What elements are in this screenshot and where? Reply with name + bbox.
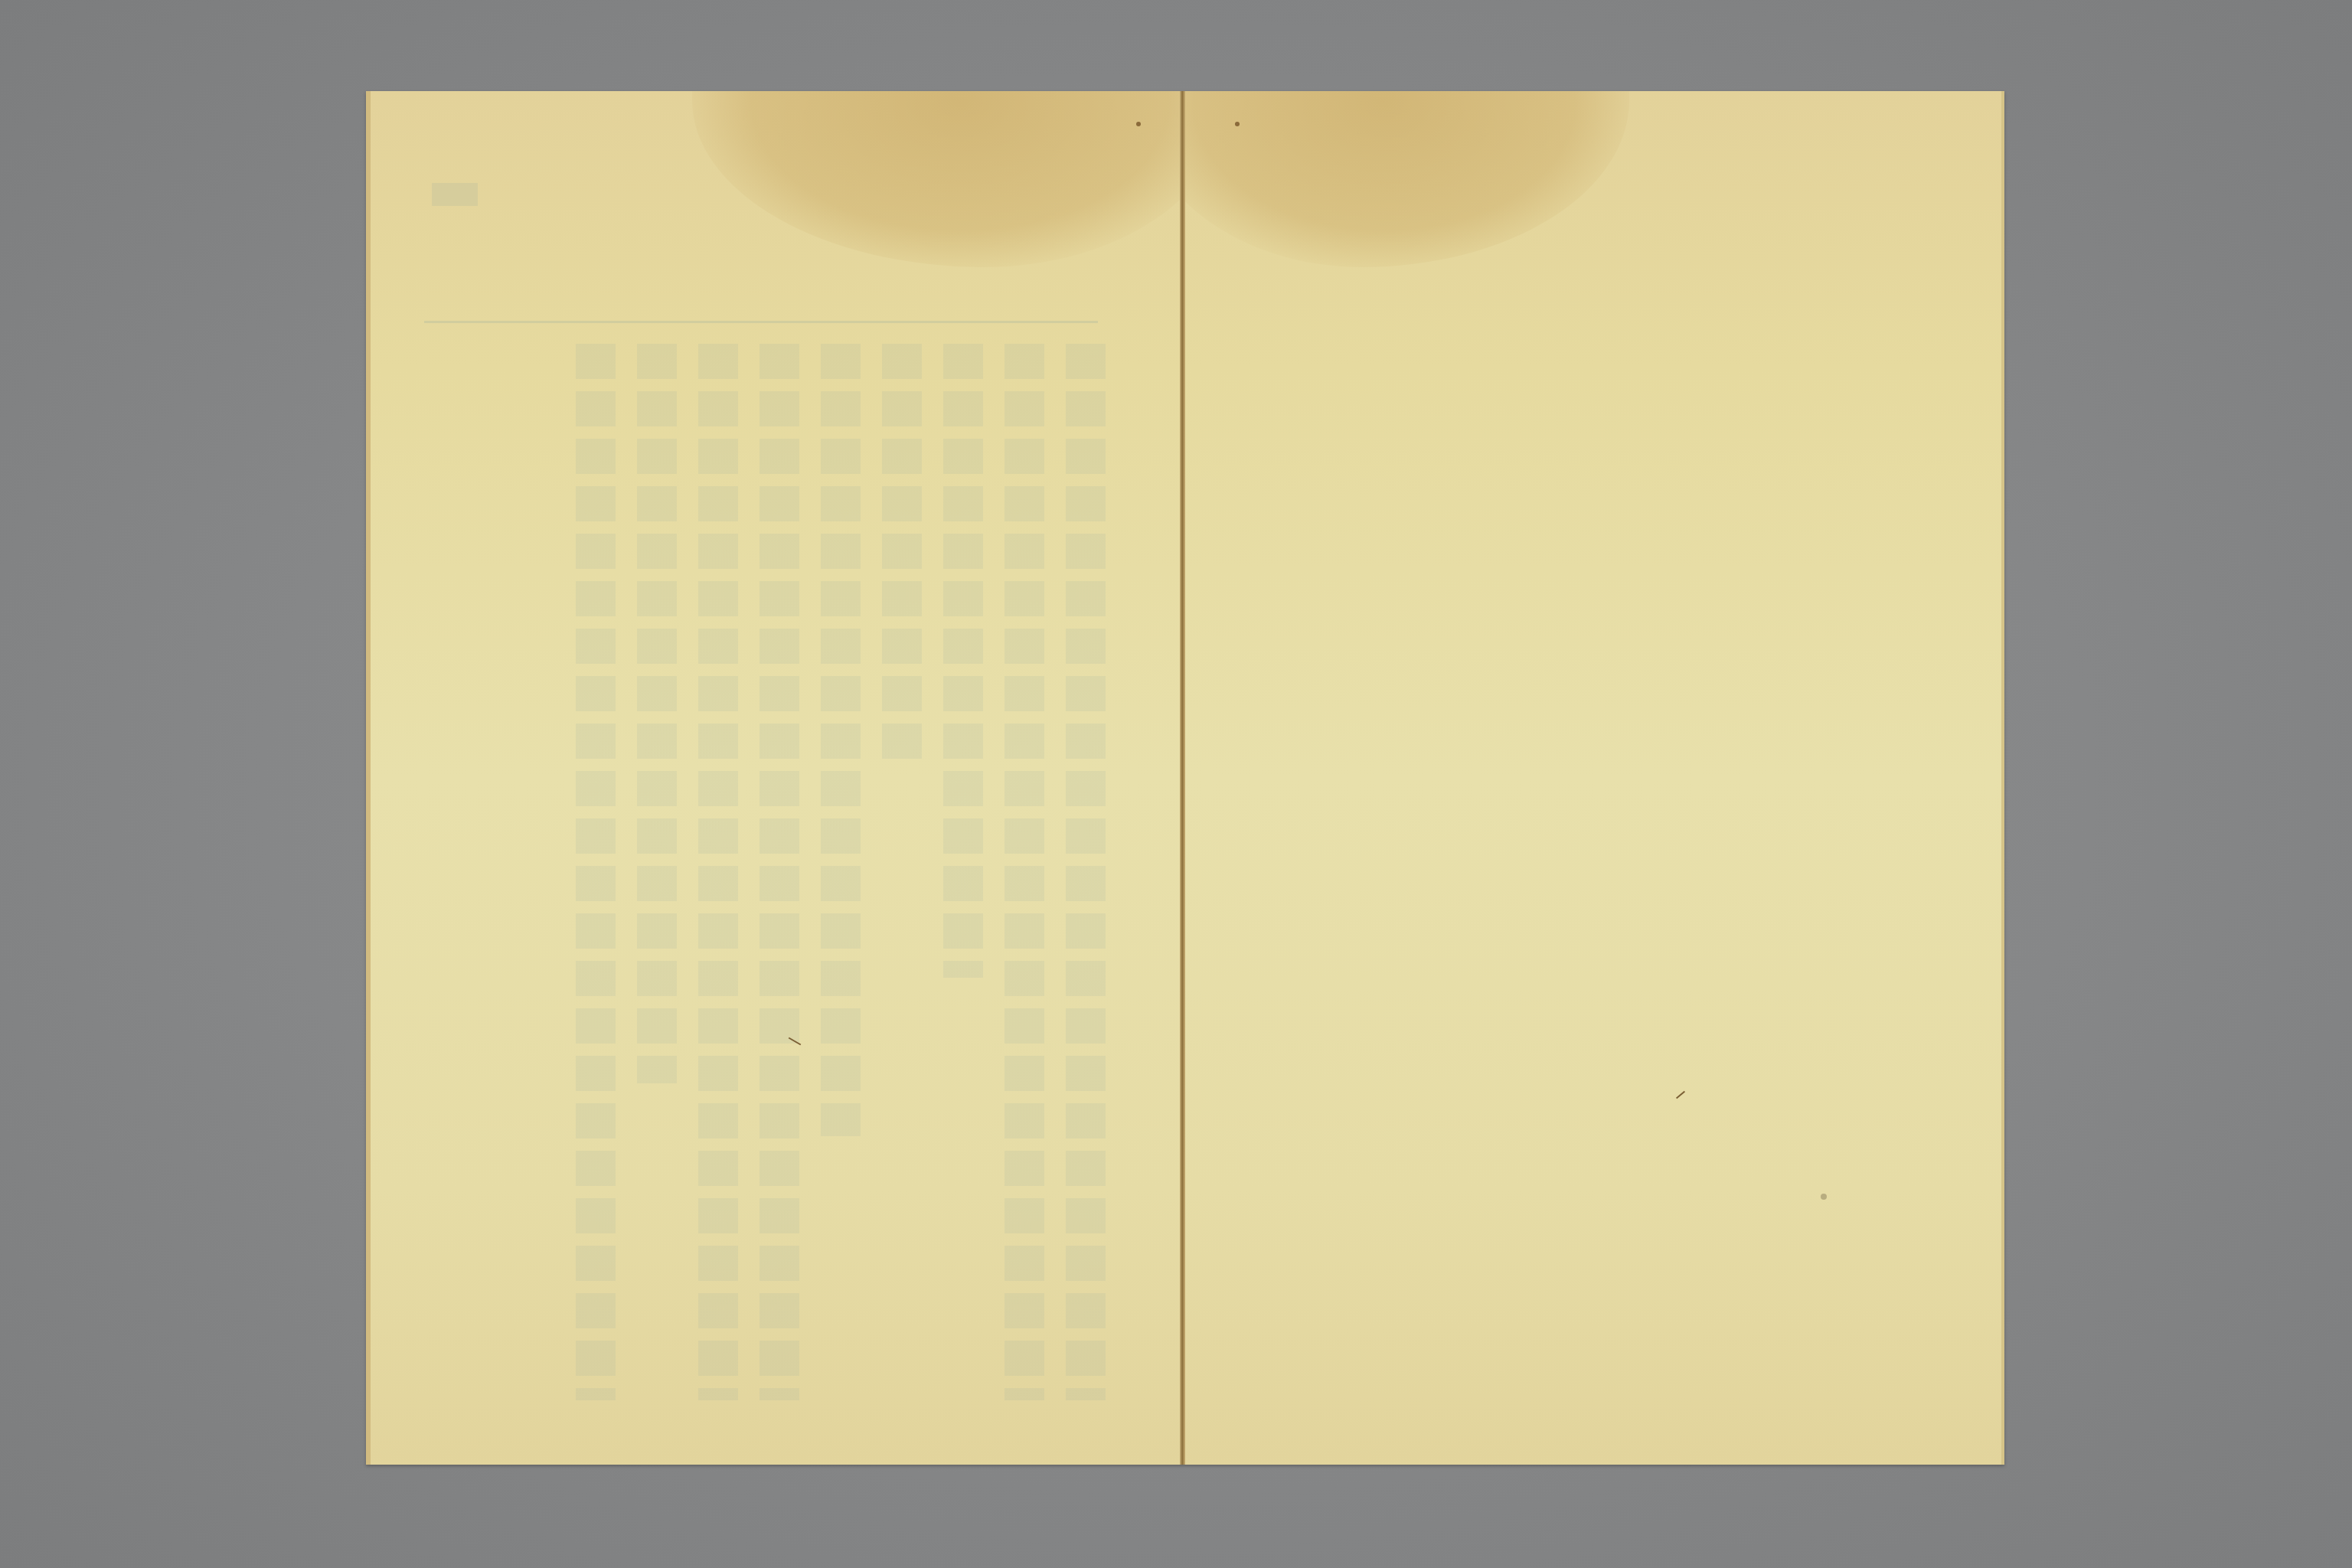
bleed-column [759,344,799,1400]
water-stain-right [1185,91,1629,267]
left-page [366,91,1182,1465]
bleed-column [882,344,922,766]
bleed-column [698,344,738,1400]
paper-speck [1821,1194,1827,1200]
bleed-column [1004,344,1044,1400]
center-fold [1180,91,1185,1465]
book-spread [366,91,2004,1465]
bleed-through-rule [424,321,1098,323]
paper-speck [1235,122,1240,126]
bleed-column [637,344,677,1083]
bleed-column [576,344,616,1400]
paper-fiber [1676,1091,1685,1099]
water-stain-left [692,91,1182,267]
bleed-column [821,344,861,1136]
bleed-column [943,344,983,978]
bleed-through-header-mark [432,183,478,206]
bleed-column [1066,344,1106,1400]
bleed-through-text-columns [416,344,1106,1400]
paper-speck [1136,122,1141,126]
right-page [1185,91,2004,1465]
